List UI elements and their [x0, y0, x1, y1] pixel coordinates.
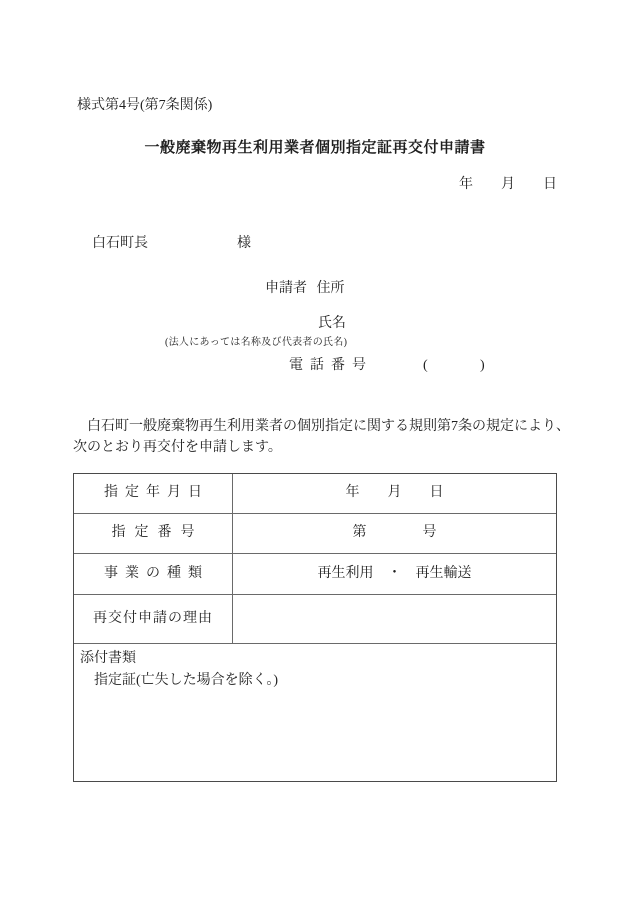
- table-row-designation-date: 指定年月日 年 月 日: [74, 474, 556, 514]
- row-label-reissue-reason: 再交付申請の理由: [74, 595, 233, 643]
- addressee-line: 白石町長 様: [92, 234, 148, 254]
- row-label-business-type: 事業の種類: [74, 554, 233, 594]
- applicant-line: 申請者 住所: [265, 279, 345, 299]
- date-line: 年 月 日: [0, 175, 557, 195]
- attachment-section: 添付書類 指定証(亡失した場合を除く。): [74, 644, 556, 781]
- corporate-name-note: (法人にあっては名称及び代表者の氏名): [165, 336, 347, 351]
- row-value-designation-date: 年 月 日: [233, 474, 556, 513]
- phone-paren-open: (: [423, 356, 428, 376]
- address-label: 住所: [317, 281, 345, 296]
- attachment-item: 指定証(亡失した場合を除く。): [80, 670, 550, 692]
- addressee-name: 白石町長: [92, 236, 148, 251]
- statement-line-1: 白石町一般廃棄物再生利用業者の個別指定に関する規則第7条の規定により、: [73, 416, 573, 437]
- form-number: 様式第4号(第7条関係): [77, 96, 212, 116]
- applicant-label: 申請者: [265, 281, 307, 296]
- table-row-business-type: 事業の種類 再生利用 ・ 再生輸送: [74, 554, 556, 595]
- row-value-business-type: 再生利用 ・ 再生輸送: [233, 554, 556, 594]
- application-statement: 白石町一般廃棄物再生利用業者の個別指定に関する規則第7条の規定により、 次のとお…: [73, 416, 573, 458]
- row-value-reissue-reason: [233, 595, 556, 643]
- statement-line-2: 次のとおり再交付を申請します。: [73, 437, 573, 458]
- row-label-designation-number: 指定番号: [74, 514, 233, 553]
- document-title: 一般廃棄物再生利用業者個別指定証再交付申請書: [0, 138, 630, 160]
- phone-label: 電話番号: [289, 358, 373, 373]
- row-value-designation-number: 第 号: [233, 514, 556, 553]
- phone-paren-close: ): [480, 356, 485, 376]
- phone-line: 電話番号: [289, 356, 373, 376]
- name-label: 氏名: [318, 314, 346, 334]
- attachment-title: 添付書類: [80, 648, 550, 670]
- addressee-honorific: 様: [237, 234, 251, 254]
- table-row-reissue-reason: 再交付申請の理由: [74, 595, 556, 644]
- table-row-designation-number: 指定番号 第 号: [74, 514, 556, 554]
- row-label-designation-date: 指定年月日: [74, 474, 233, 513]
- application-detail-table: 指定年月日 年 月 日 指定番号 第 号 事業の種類 再生利用 ・ 再生輸送 再…: [73, 473, 557, 782]
- document-page: 様式第4号(第7条関係) 一般廃棄物再生利用業者個別指定証再交付申請書 年 月 …: [0, 0, 630, 903]
